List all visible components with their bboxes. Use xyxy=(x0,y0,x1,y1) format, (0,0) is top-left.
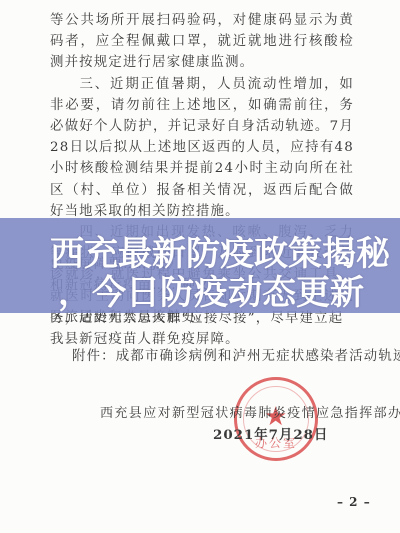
issuing-office: 西充县应对新型冠状病毒肺炎疫情应急指挥部办公室 xyxy=(100,402,400,421)
headline-banner: 西充最新防疫政策揭秘 ，今日防疫动态更新 xyxy=(0,218,400,313)
document-page: 等公共场所开展扫码验码，对健康码显示为黄码者，应全程佩戴口罩，就近就地进行核酸检… xyxy=(0,0,400,533)
paragraph-three-travel: 三、近期正值暑期，人员流动性增加，如非必要，请勿前往上述地区，如确需前往，务必做… xyxy=(50,74,354,222)
paragraph-vaccination: 务，适龄无禁忌人群“应接尽接”，尽早建立起我县新冠疫苗人群免疫屏障。 xyxy=(50,308,354,350)
headline-line-2: ，今日防疫动态更新 xyxy=(58,265,364,314)
paragraph-health-code: 等公共场所开展扫码验码，对健康码显示为黄码者，应全程佩戴口罩，就近就地进行核酸检… xyxy=(50,10,354,74)
page-number: – 2 – xyxy=(337,495,371,509)
issue-date: 2021年7月28日 xyxy=(213,424,328,443)
